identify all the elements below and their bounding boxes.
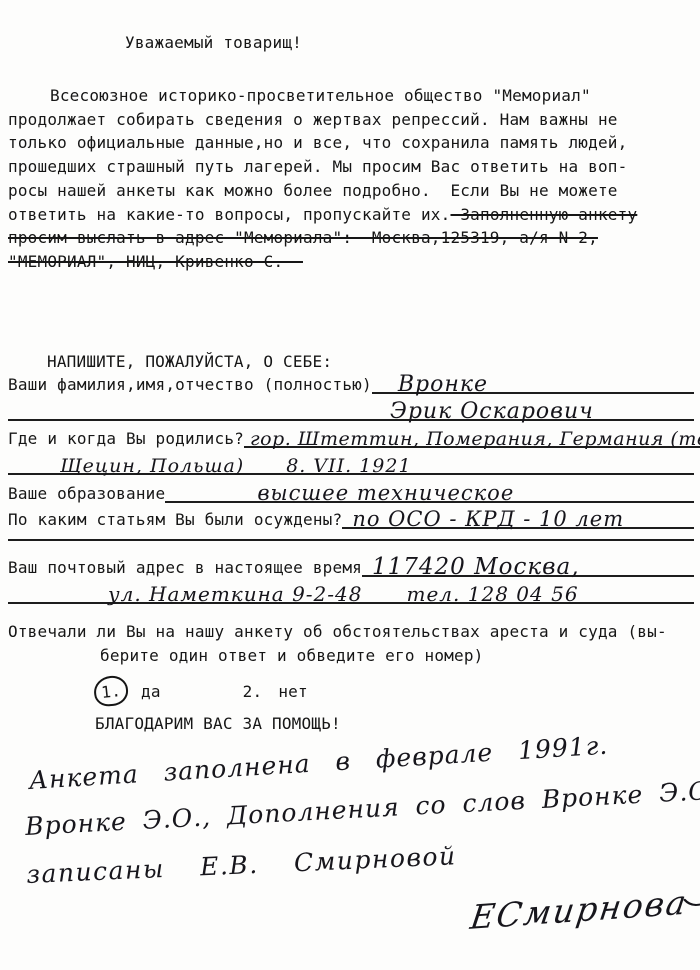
answer-line: высшее техническое	[165, 480, 694, 503]
struck-text: просим выслать в адрес "Мемориала": Моск…	[8, 228, 598, 247]
field-education-row: Ваше образование высшее техническое	[8, 479, 694, 503]
intro-line: только официальные данные,но и все, что …	[8, 131, 696, 155]
field-address-row: Ваш почтовый адрес в настоящее время 117…	[8, 553, 694, 577]
answer-line	[8, 539, 694, 541]
answer-line: гор. Штеттин, Померания, Германия (тепер…	[244, 426, 700, 448]
field-birth-row2: Щецин, Польша)8. VII. 1921	[8, 451, 694, 475]
answer-line: Вронке	[372, 372, 694, 394]
handwritten-surname: Вронке	[372, 375, 488, 395]
field-name-row: Ваши фамилия,имя,отчество (полностью) Вр…	[8, 370, 694, 394]
field-label: Ваши фамилия,имя,отчество (полностью)	[8, 375, 372, 394]
handwritten-birthplace: гор. Штеттин, Померания, Германия (тепер…	[244, 429, 700, 449]
footnote-line3: записаны Е.В. Смирновой	[26, 841, 457, 889]
question-line1: Отвечали ли Вы на нашу анкету об обстоят…	[8, 620, 667, 644]
answer-line: ул. Наметкина 9-2-48тел. 128 04 56	[8, 581, 694, 604]
field-label: Ваш почтовый адрес в настоящее время	[8, 558, 362, 577]
handwritten-education: высшее техническое	[165, 483, 514, 503]
intro-line-struck: просим выслать в адрес "Мемориала": Моск…	[8, 226, 696, 250]
field-address-row2: ул. Наметкина 9-2-48тел. 128 04 56	[8, 580, 694, 604]
field-name-row2: Эрик Оскарович	[8, 397, 694, 421]
circled-option-1: 1.	[93, 675, 130, 708]
handwritten-birthdate: 8. VII. 1921	[286, 456, 411, 476]
option2-label: нет	[278, 682, 308, 701]
answer-line: 117420 Москва,	[362, 554, 694, 577]
intro-line: ответить на какие-то вопросы, пропускайт…	[8, 203, 696, 227]
answer-line: Эрик Оскарович	[8, 399, 694, 421]
option2-number: 2.	[243, 682, 263, 701]
field-label: Где и когда Вы родились?	[8, 429, 244, 448]
struck-text: Заполненную анкету	[450, 205, 637, 224]
handwritten-city: 117420 Москва,	[362, 557, 580, 577]
answer-line: Щецин, Польша)8. VII. 1921	[8, 453, 694, 475]
handwritten-street: ул. Наметкина 9-2-48	[8, 584, 363, 604]
field-label: Ваше образование	[8, 484, 165, 503]
intro-line: прошедших страшный путь лагерей. Мы прос…	[8, 155, 696, 179]
handwritten-birthplace2: Щецин, Польша)	[8, 456, 244, 476]
intro-line: росы нашей анкеты как можно более подроб…	[8, 179, 696, 203]
intro-paragraph: Всесоюзное историко-просветительное обще…	[8, 84, 696, 274]
option1-label: да	[141, 682, 161, 701]
handwritten-phone: тел. 128 04 56	[407, 584, 579, 604]
scanned-questionnaire-page: Уважаемый товарищ! Всесоюзное историко-п…	[0, 0, 700, 970]
blank-line-row	[8, 517, 694, 541]
field-birth-row: Где и когда Вы родились? гор. Штеттин, П…	[8, 424, 694, 448]
question-line2: берите один ответ и обведите его номер)	[8, 644, 667, 668]
section-heading: НАПИШИТЕ, ПОЖАЛУЙСТА, О СЕБЕ:	[47, 352, 332, 371]
salutation: Уважаемый товарищ!	[125, 33, 302, 52]
question-options: 1. да 2. нет	[8, 676, 667, 706]
handwritten-name-patronymic: Эрик Оскарович	[8, 402, 594, 422]
signature-text: ЕСмирнова	[468, 882, 691, 937]
struck-text: "МЕМОРИАЛ", НИЦ, Кривенко С. —	[8, 252, 303, 271]
thanks-line: БЛАГОДАРИМ ВАС ЗА ПОМОЩЬ!	[95, 714, 341, 733]
intro-line: продолжает собирать сведения о жертвах р…	[8, 108, 696, 132]
intro-line-struck: "МЕМОРИАЛ", НИЦ, Кривенко С. —	[8, 250, 696, 274]
option1-number: 1.	[100, 681, 122, 702]
signature: ЕСмирнова	[468, 878, 700, 937]
survey-question: Отвечали ли Вы на нашу анкету об обстоят…	[8, 620, 667, 706]
intro-line: Всесоюзное историко-просветительное обще…	[8, 84, 696, 108]
